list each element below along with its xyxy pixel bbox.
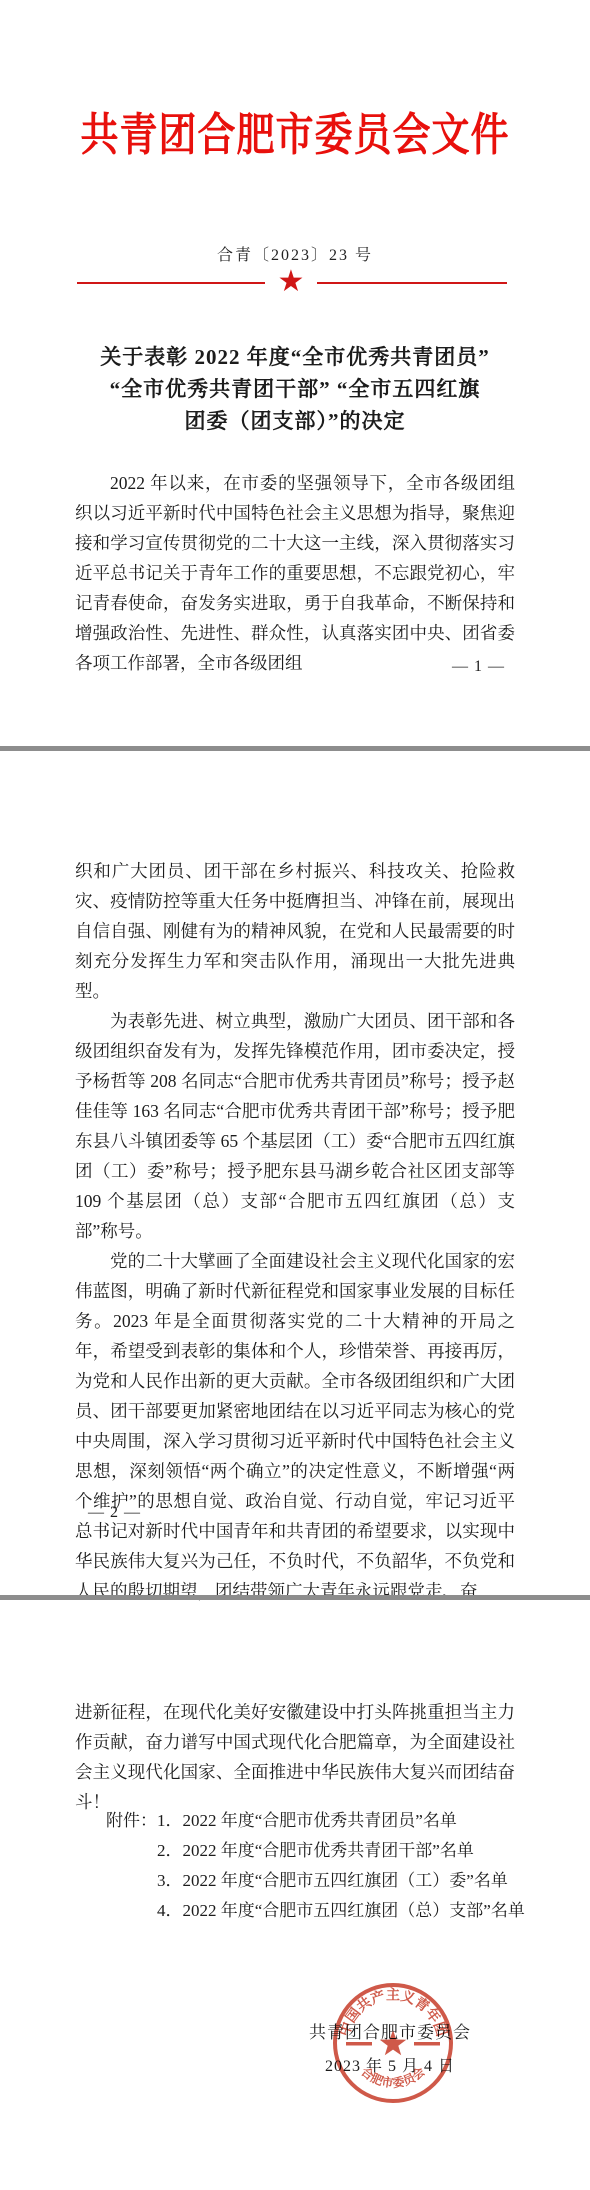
attachments-list: 1．2022 年度“合肥市优秀共青团员”名单 2．2022 年度“合肥市优秀共青… <box>157 1806 526 1926</box>
attachment-item-3: 3．2022 年度“合肥市五四红旗团（工）委”名单 <box>157 1866 526 1896</box>
attachment-item-1: 1．2022 年度“合肥市优秀共青团员”名单 <box>157 1806 526 1836</box>
paragraph-1-part-1: 2022 年以来，在市委的坚强领导下，全市各级团组织以习近平新时代中国特色社会主… <box>75 468 515 678</box>
rule-right-segment <box>317 282 507 285</box>
seal-right-bar <box>414 2042 440 2046</box>
header-rule: ★ <box>77 270 507 296</box>
attachments-block: 附件： 1．2022 年度“合肥市优秀共青团员”名单 2．2022 年度“合肥市… <box>106 1806 526 1926</box>
seal-left-bar <box>346 2042 372 2046</box>
document-title-line-1: 关于表彰 2022 年度“全市优秀共青团员” <box>40 341 550 373</box>
document-title-line-2: “全市优秀共青团干部” “全市五四红旗 <box>40 373 550 405</box>
attachment-item-4: 4．2022 年度“合肥市五四红旗团（总）支部”名单 <box>157 1896 526 1926</box>
seal-graphic: 中国共产主义青年团 合肥市委员会 <box>330 1980 456 2106</box>
paragraph-1-part-2: 织和广大团员、团干部在乡村振兴、科技攻关、抢险救灾、疫情防控等重大任务中挺膺担当… <box>75 856 515 1006</box>
attachment-item-2: 2．2022 年度“合肥市优秀共青团干部”名单 <box>157 1836 526 1866</box>
seal-star-icon <box>380 2030 407 2055</box>
attachments-label: 附件： <box>106 1806 157 1836</box>
paragraph-3-part-1: 党的二十大擘画了全面建设社会主义现代化国家的宏伟蓝图，明确了新时代新征程党和国家… <box>75 1246 515 1606</box>
official-seal: 中国共产主义青年团 合肥市委员会 <box>330 1980 456 2106</box>
page-divider-1 <box>0 746 590 751</box>
body-text-page-3: 进新征程，在现代化美好安徽建设中打头阵挑重担当主力作贡献，奋力谱写中国式现代化合… <box>75 1697 515 1817</box>
body-text-page-2: 织和广大团员、团干部在乡村振兴、科技攻关、抢险救灾、疫情防控等重大任务中挺膺担当… <box>75 856 515 1606</box>
page-number-1: — 1 — <box>452 658 505 676</box>
paragraph-3-part-2: 进新征程，在现代化美好安徽建设中打头阵挑重担当主力作贡献，奋力谱写中国式现代化合… <box>75 1697 515 1817</box>
document-title: 关于表彰 2022 年度“全市优秀共青团员” “全市优秀共青团干部” “全市五四… <box>40 341 550 437</box>
page-number-2: — 2 — <box>88 1504 141 1522</box>
star-icon: ★ <box>278 269 305 295</box>
document-title-line-3: 团委（团支部）”的决定 <box>40 405 550 437</box>
document-header-title: 共青团合肥市委员会文件 <box>0 98 590 163</box>
seal-bottom-text: 合肥市委员会 <box>359 2064 428 2090</box>
body-text-page-1: 2022 年以来，在市委的坚强领导下，全市各级团组织以习近平新时代中国特色社会主… <box>75 468 515 678</box>
page-divider-2 <box>0 1595 590 1600</box>
paragraph-2: 为表彰先进、树立典型，激励广大团员、团干部和各级团组织奋发有为，发挥先锋模范作用… <box>75 1006 515 1246</box>
rule-left-segment <box>77 282 265 285</box>
document-number: 合青〔2023〕23 号 <box>0 242 590 265</box>
document-page: 共青团合肥市委员会文件 合青〔2023〕23 号 ★ 关于表彰 2022 年度“… <box>0 0 590 2190</box>
